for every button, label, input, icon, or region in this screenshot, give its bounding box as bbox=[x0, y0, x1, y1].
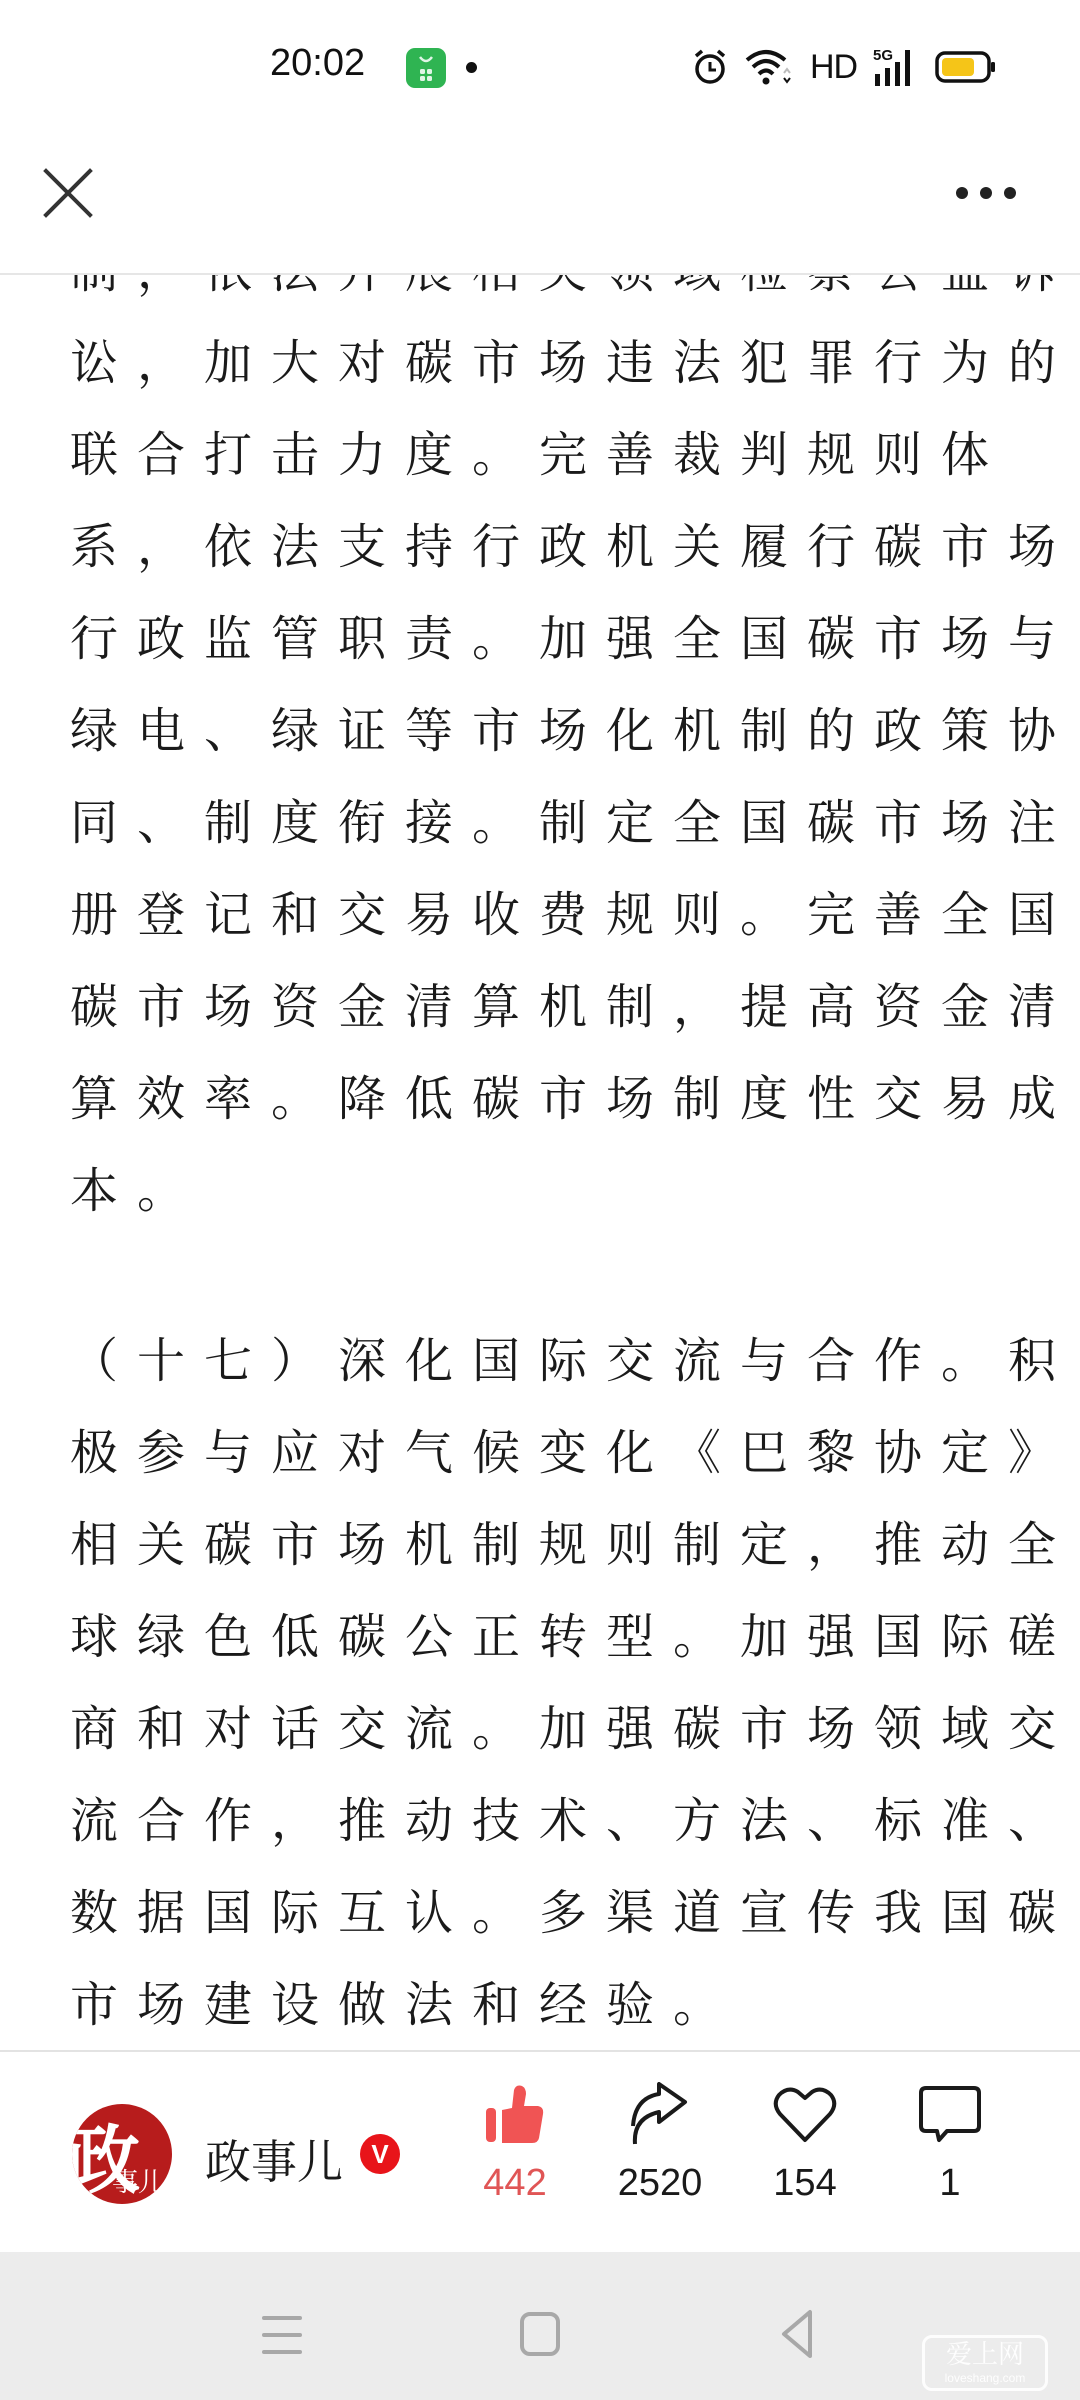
recents-icon bbox=[252, 2300, 312, 2360]
verified-badge-icon: V bbox=[360, 2134, 400, 2174]
watermark-logo: 爱上网 loveshang.com bbox=[922, 2335, 1048, 2391]
avatar-text-small: 事儿 bbox=[112, 2162, 164, 2199]
text-line: 本。 bbox=[70, 1145, 1016, 1237]
article-content[interactable]: 制，依法开展相关领域检察公益诉 讼，加大对碳市场违法犯罪行为的 联合打击力度。完… bbox=[0, 275, 1080, 2050]
text-line: 联合打击力度。完善裁判规则体 bbox=[70, 409, 1016, 501]
text-line: 制，依法开展相关领域检察公益诉 bbox=[70, 275, 1016, 317]
text-line: 相关碳市场机制规则制定，推动全 bbox=[70, 1499, 1016, 1591]
back-button[interactable] bbox=[768, 2300, 828, 2360]
paragraph: 制，依法开展相关领域检察公益诉 讼，加大对碳市场违法犯罪行为的 联合打击力度。完… bbox=[70, 275, 1016, 1237]
article-body: 制，依法开展相关领域检察公益诉 讼，加大对碳市场违法犯罪行为的 联合打击力度。完… bbox=[70, 275, 1016, 2050]
share-count: 2520 bbox=[590, 2162, 730, 2205]
alarm-icon bbox=[692, 47, 728, 87]
text-line: （十七）深化国际交流与合作。积 bbox=[70, 1315, 1016, 1407]
text-line: 数据国际互认。多渠道宣传我国碳 bbox=[70, 1867, 1016, 1959]
article-header bbox=[0, 140, 1080, 275]
favorite-count: 154 bbox=[735, 2162, 875, 2205]
close-button[interactable] bbox=[40, 165, 96, 221]
home-icon bbox=[510, 2300, 570, 2360]
comment-button[interactable]: 1 bbox=[880, 2082, 1020, 2205]
thumbs-up-icon bbox=[482, 2082, 548, 2148]
author-name[interactable]: 政事儿 bbox=[205, 2126, 343, 2192]
text-line: 册登记和交易收费规则。完善全国 bbox=[70, 869, 1016, 961]
share-icon bbox=[627, 2082, 693, 2148]
text-line: 讼，加大对碳市场违法犯罪行为的 bbox=[70, 317, 1016, 409]
favorite-button[interactable]: 154 bbox=[735, 2082, 875, 2205]
author-avatar[interactable]: 政 事儿 bbox=[72, 2104, 172, 2204]
heart-icon bbox=[772, 2082, 838, 2148]
text-line: 商和对话交流。加强碳市场领域交 bbox=[70, 1683, 1016, 1775]
article-action-bar: 政 事儿 政事儿 V 442 2520 154 1 bbox=[0, 2050, 1080, 2252]
paragraph: （十七）深化国际交流与合作。积 极参与应对气候变化《巴黎协定》 相关碳市场机制规… bbox=[70, 1315, 1016, 2050]
share-button[interactable]: 2520 bbox=[590, 2082, 730, 2205]
like-count: 442 bbox=[445, 2162, 585, 2205]
signal-5g-icon: 5G bbox=[873, 46, 919, 88]
notification-dot-icon bbox=[466, 62, 477, 73]
text-line: 流合作，推动技术、方法、标准、 bbox=[70, 1775, 1016, 1867]
text-line: 同、制度衔接。制定全国碳市场注 bbox=[70, 777, 1016, 869]
status-time: 20:02 bbox=[270, 42, 365, 85]
text-line: 球绿色低碳公正转型。加强国际磋 bbox=[70, 1591, 1016, 1683]
battery-icon bbox=[935, 50, 997, 84]
svg-text:5G: 5G bbox=[873, 47, 893, 64]
text-line: 绿电、绿证等市场化机制的政策协 bbox=[70, 685, 1016, 777]
status-icons: HD 5G bbox=[692, 44, 997, 90]
like-button[interactable]: 442 bbox=[445, 2082, 585, 2205]
more-options-button[interactable] bbox=[950, 178, 1022, 208]
recents-button[interactable] bbox=[252, 2300, 312, 2360]
status-bar: 20:02 HD 5G bbox=[0, 0, 1080, 140]
text-line: 系，依法支持行政机关履行碳市场 bbox=[70, 501, 1016, 593]
app-store-notification-icon bbox=[406, 48, 446, 88]
text-line: 极参与应对气候变化《巴黎协定》 bbox=[70, 1407, 1016, 1499]
system-nav-bar bbox=[0, 2250, 1080, 2400]
home-button[interactable] bbox=[510, 2300, 570, 2360]
comment-count: 1 bbox=[880, 2162, 1020, 2205]
back-icon bbox=[768, 2300, 828, 2360]
text-line: 碳市场资金清算机制，提高资金清 bbox=[70, 961, 1016, 1053]
close-icon bbox=[40, 165, 96, 221]
text-line: 算效率。降低碳市场制度性交易成 bbox=[70, 1053, 1016, 1145]
more-icon bbox=[950, 178, 1022, 208]
text-line: 行政监管职责。加强全国碳市场与 bbox=[70, 593, 1016, 685]
wifi-icon bbox=[744, 47, 794, 87]
hd-voice-indicator: HD bbox=[810, 48, 857, 87]
watermark-text: 爱上网 bbox=[946, 2340, 1024, 2370]
watermark-subtext: loveshang.com bbox=[925, 2372, 1045, 2384]
text-line: 市场建设做法和经验。 bbox=[70, 1959, 1016, 2050]
comment-icon bbox=[917, 2082, 983, 2148]
